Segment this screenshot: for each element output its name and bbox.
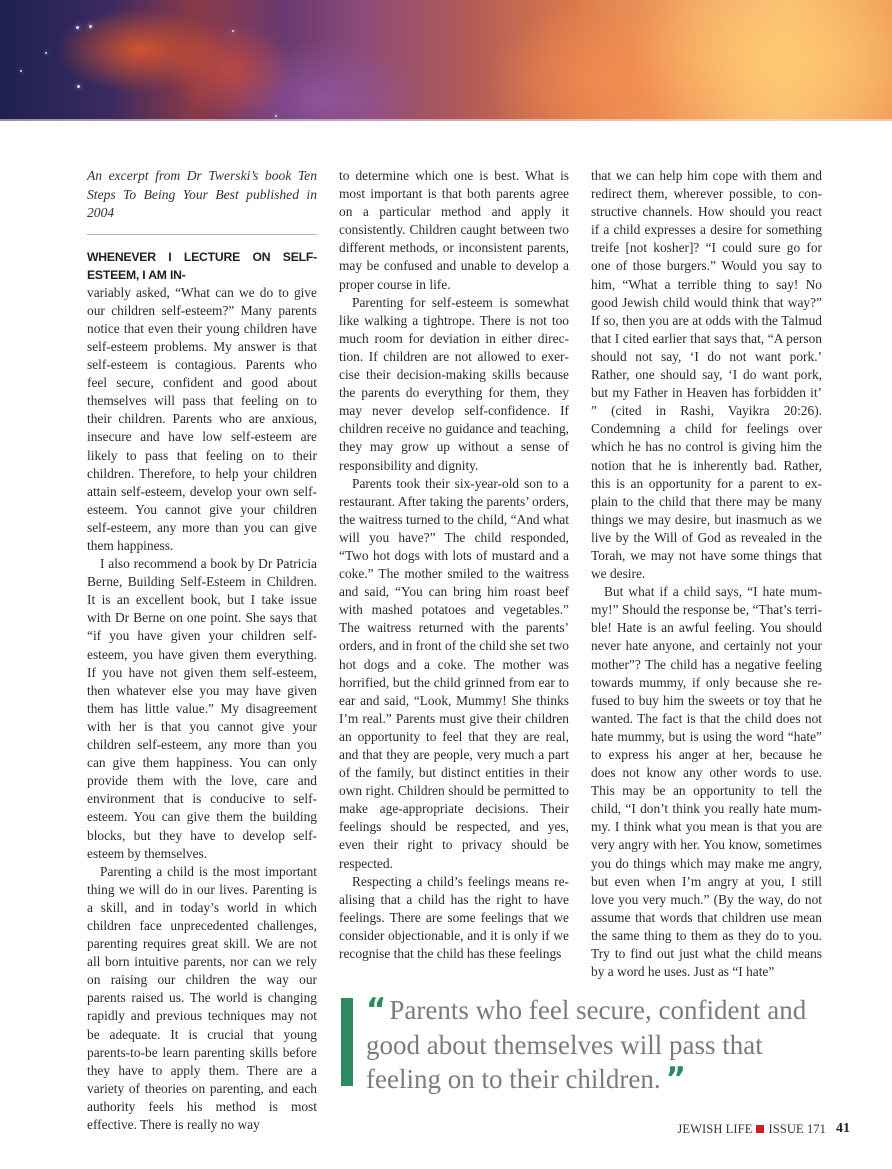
star-decoration: [77, 85, 80, 88]
pull-quote-body: Parents who feel secure, confident and g…: [366, 995, 806, 1094]
star-decoration: [20, 70, 22, 72]
banner-edge: [0, 119, 892, 121]
pull-quote-text: “Parents who feel secure, confident and …: [366, 993, 826, 1097]
lead-in: WHENEVER I LECTURE ON SELF-ESTEEM, I AM …: [87, 250, 317, 282]
paragraph: I also recommend a book by Dr Patri­cia …: [87, 555, 317, 863]
star-decoration: [232, 30, 234, 32]
separator-square-icon: [756, 1125, 764, 1133]
star-decoration: [89, 25, 92, 28]
page-number: 41: [836, 1121, 850, 1137]
article-column-1: An excerpt from Dr Twerski’s book Ten St…: [87, 167, 317, 1134]
star-decoration: [45, 52, 47, 54]
paragraph: Parenting a child is the most impor­tant…: [87, 863, 317, 1134]
publication-name: JEWISH LIFE: [677, 1122, 752, 1137]
paragraph: that we can help him cope with them and …: [591, 167, 822, 583]
close-quote-icon: ”: [666, 1061, 683, 1097]
star-decoration: [76, 26, 79, 29]
paragraph: But what if a child says, “I hate mum­my…: [591, 583, 822, 981]
paragraph: WHENEVER I LECTURE ON SELF-ESTEEM, I AM …: [87, 248, 317, 556]
star-decoration: [275, 115, 277, 117]
banner-image: [0, 0, 892, 121]
paragraph: Respecting a child’s feelings means re­a…: [339, 873, 569, 963]
page-footer: JEWISH LIFE ISSUE 171 41: [677, 1121, 850, 1137]
pull-quote: “Parents who feel secure, confident and …: [341, 998, 821, 1086]
article-column-3: that we can help him cope with them and …: [591, 167, 822, 981]
paragraph: Parents took their six-year-old son to a…: [339, 475, 569, 873]
paragraph: to determine which one is best. What is …: [339, 167, 569, 294]
article-intro: An excerpt from Dr Twerski’s book Ten St…: [87, 167, 317, 223]
article-column-2: to determine which one is best. What is …: [339, 167, 569, 963]
paragraph-text: variably asked, “What can we do to give …: [87, 285, 317, 553]
divider: [87, 234, 317, 235]
paragraph: Parenting for self-esteem is somewhat li…: [339, 294, 569, 475]
pull-quote-bar: [341, 998, 353, 1086]
open-quote-icon: “: [366, 992, 383, 1028]
issue-number: ISSUE 171: [768, 1122, 826, 1137]
